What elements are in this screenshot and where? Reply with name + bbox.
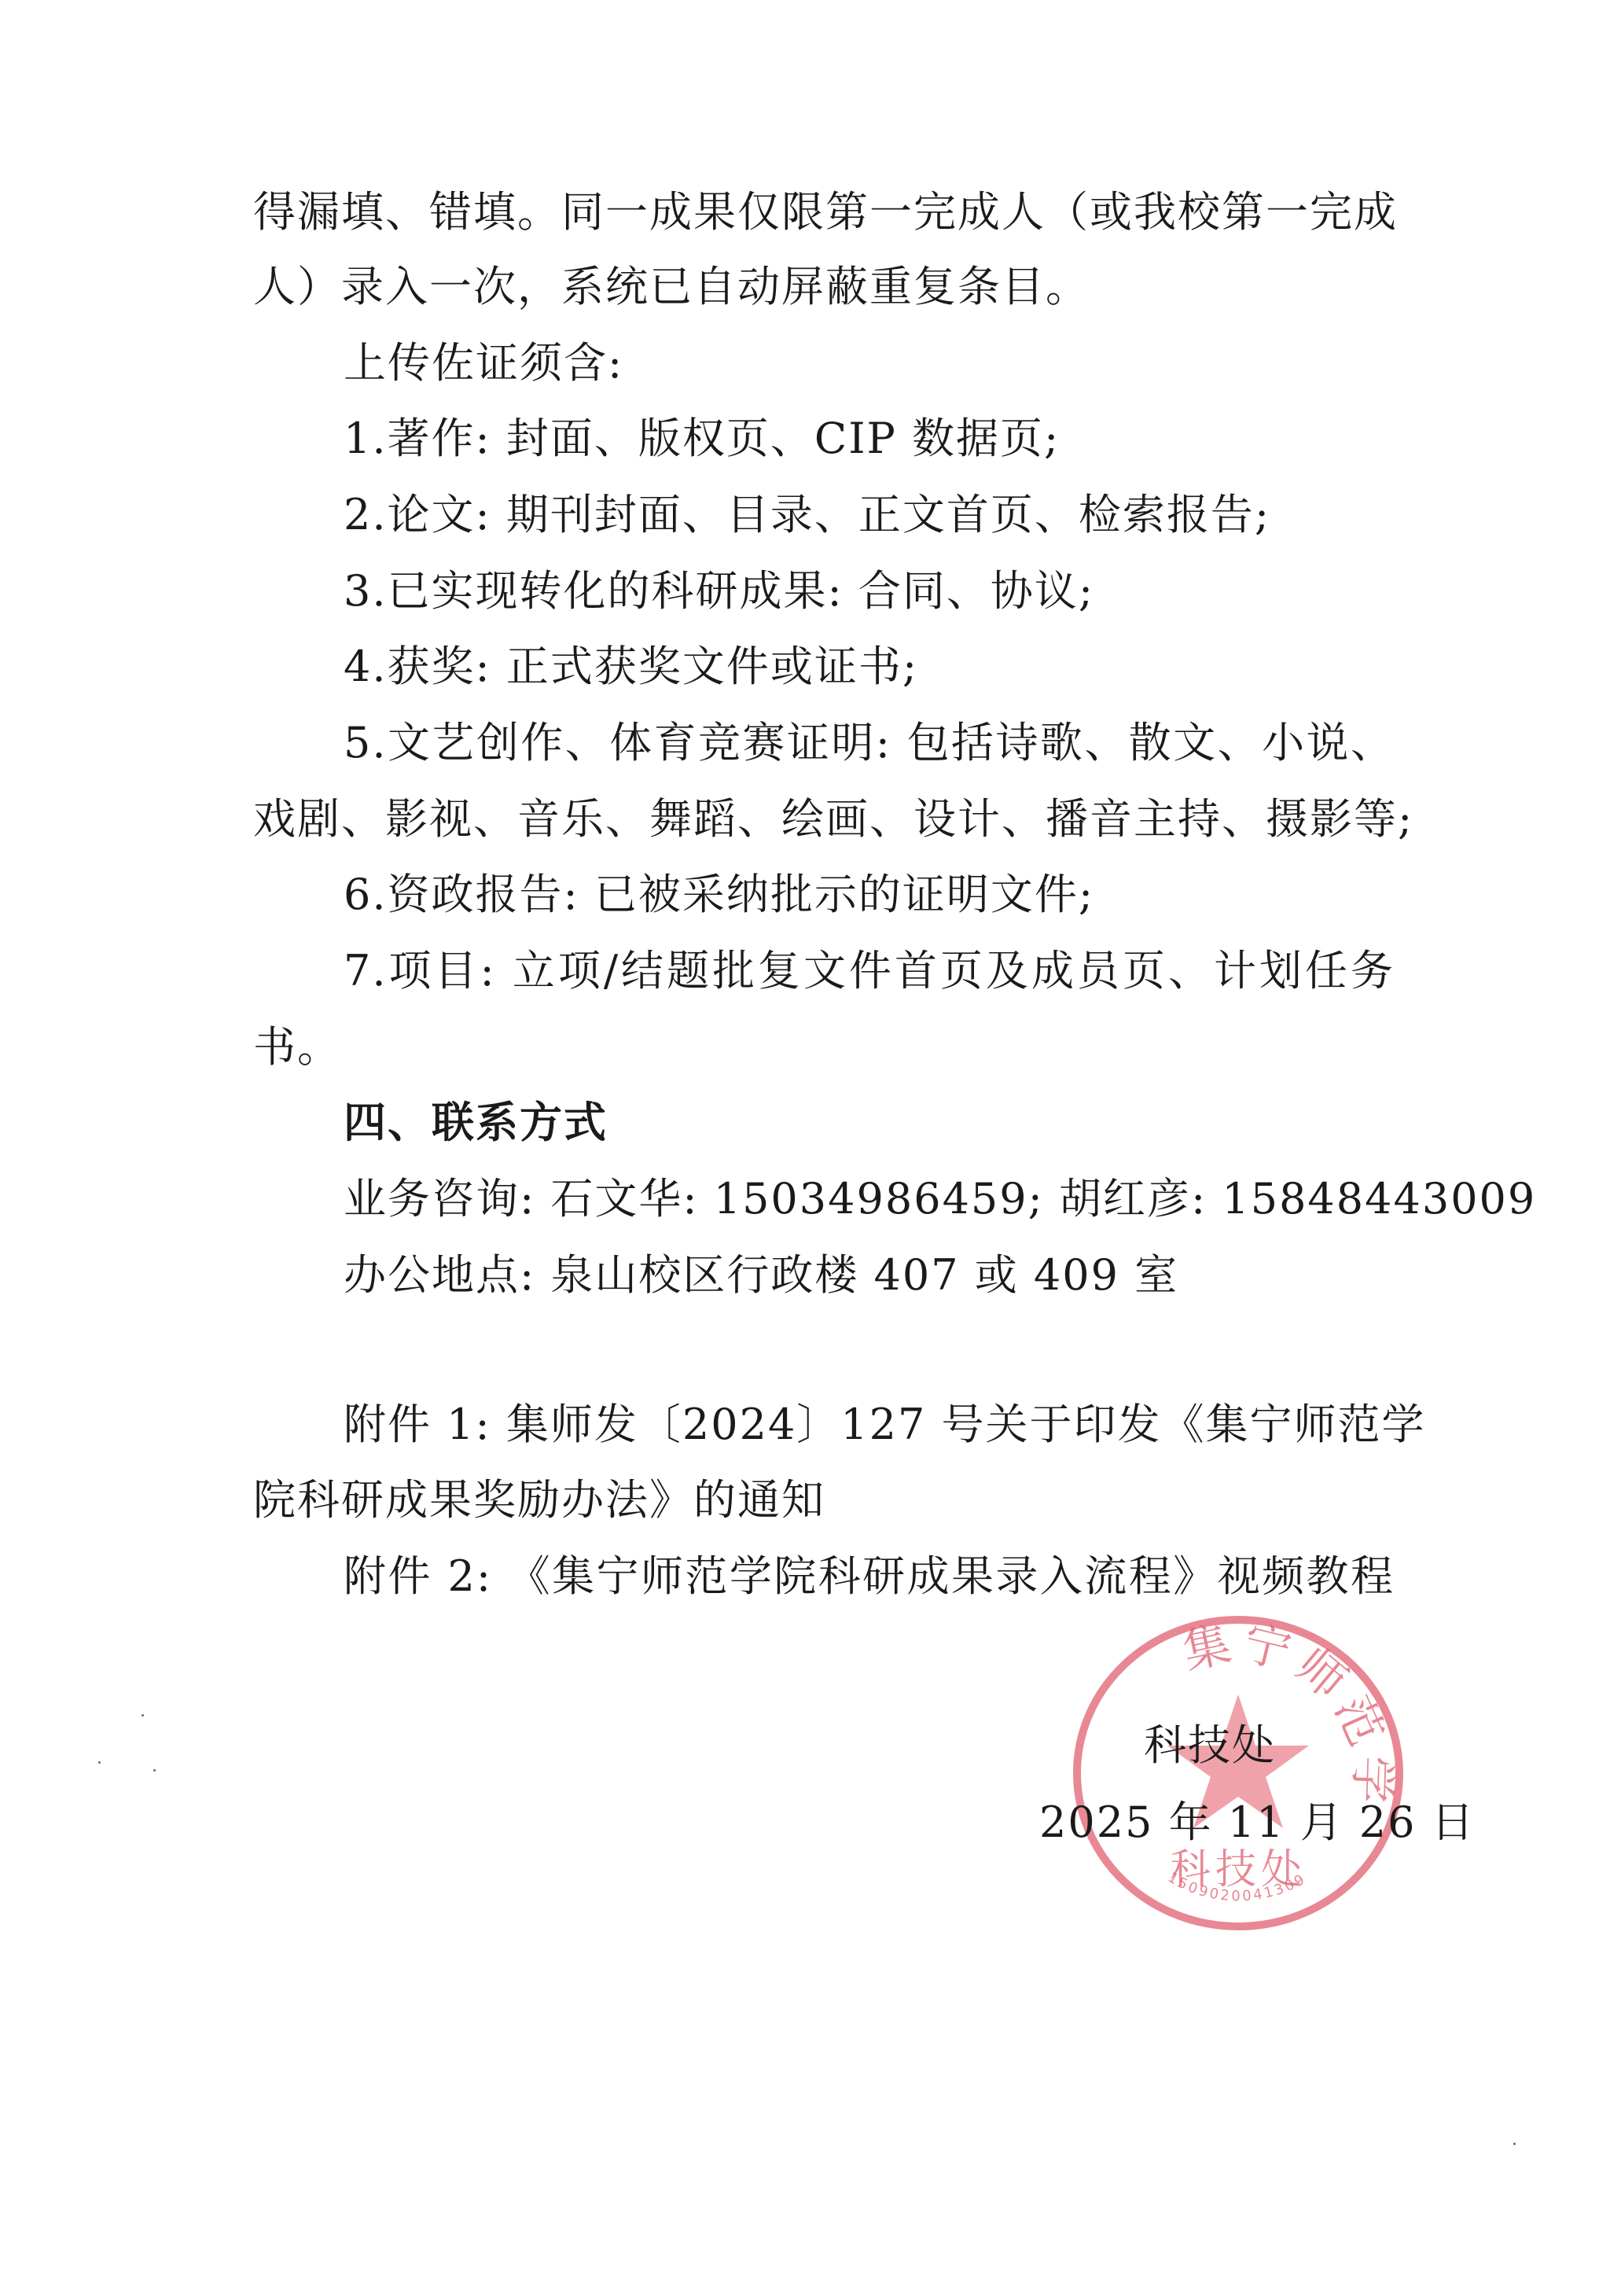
upload-intro: 上传佐证须含: xyxy=(344,340,623,387)
attachment-1: 附件 1: 集师发〔2024〕127 号关于印发《集宁师范学 xyxy=(344,1401,1395,1448)
upload-item: 5.文艺创作、体育竞赛证明: 包括诗歌、散文、小说、 xyxy=(344,719,1395,767)
upload-item: 7.项目: 立项/结题批复文件首页及成员页、计划任务 xyxy=(344,947,1395,995)
attachment-1-cont: 院科研成果奖励办法》的通知 xyxy=(253,1477,825,1524)
seal-outer-text: 集宁师范学院 xyxy=(1069,1612,1400,1810)
upload-item: 4.获奖: 正式获奖文件或证书; xyxy=(344,643,918,690)
upload-item: 1.著作: 封面、版权页、CIP 数据页; xyxy=(344,415,1060,462)
seal-inner-text: 科技处 xyxy=(1170,1846,1307,1893)
paragraph-line: 人）录入一次，系统已自动屏蔽重复条目。 xyxy=(253,263,1090,311)
official-seal: 集宁师范学院 科技处 1509020041309 xyxy=(1069,1612,1407,1934)
paragraph-line: 得漏填、错填。同一成果仅限第一完成人（或我校第一完成 xyxy=(253,189,1395,236)
svg-text:集宁师范学院: 集宁师范学院 xyxy=(1069,1612,1400,1810)
contact-office: 办公地点: 泉山校区行政楼 407 或 409 室 xyxy=(344,1252,1178,1299)
scan-speck xyxy=(142,1714,144,1716)
upload-item: 书。 xyxy=(253,1024,341,1071)
signature-department: 科技处 xyxy=(1144,1722,1276,1769)
svg-text:1509020041309: 1509020041309 xyxy=(1165,1869,1310,1904)
scan-speck xyxy=(153,1769,156,1772)
upload-item: 6.资政报告: 已被采纳批示的证明文件; xyxy=(344,871,1094,918)
upload-item: 3.已实现转化的科研成果: 合同、协议; xyxy=(344,568,1094,615)
seal-serial: 1509020041309 xyxy=(1165,1869,1310,1904)
contact-consult: 业务咨询: 石文华: 15034986459; 胡红彦: 15848443009 xyxy=(344,1176,1395,1223)
attachment-2: 附件 2: 《集宁师范学院科研成果录入流程》视频教程 xyxy=(344,1553,1395,1600)
upload-item: 戏剧、影视、音乐、舞蹈、绘画、设计、播音主持、摄影等; xyxy=(253,796,1395,843)
scan-speck xyxy=(98,1761,101,1764)
scan-speck xyxy=(1513,2143,1516,2145)
section-heading: 四、联系方式 xyxy=(344,1099,608,1146)
upload-item: 2.论文: 期刊封面、目录、正文首页、检索报告; xyxy=(344,491,1270,539)
signature-date: 2025 年 11 月 26 日 xyxy=(1039,1799,1476,1846)
